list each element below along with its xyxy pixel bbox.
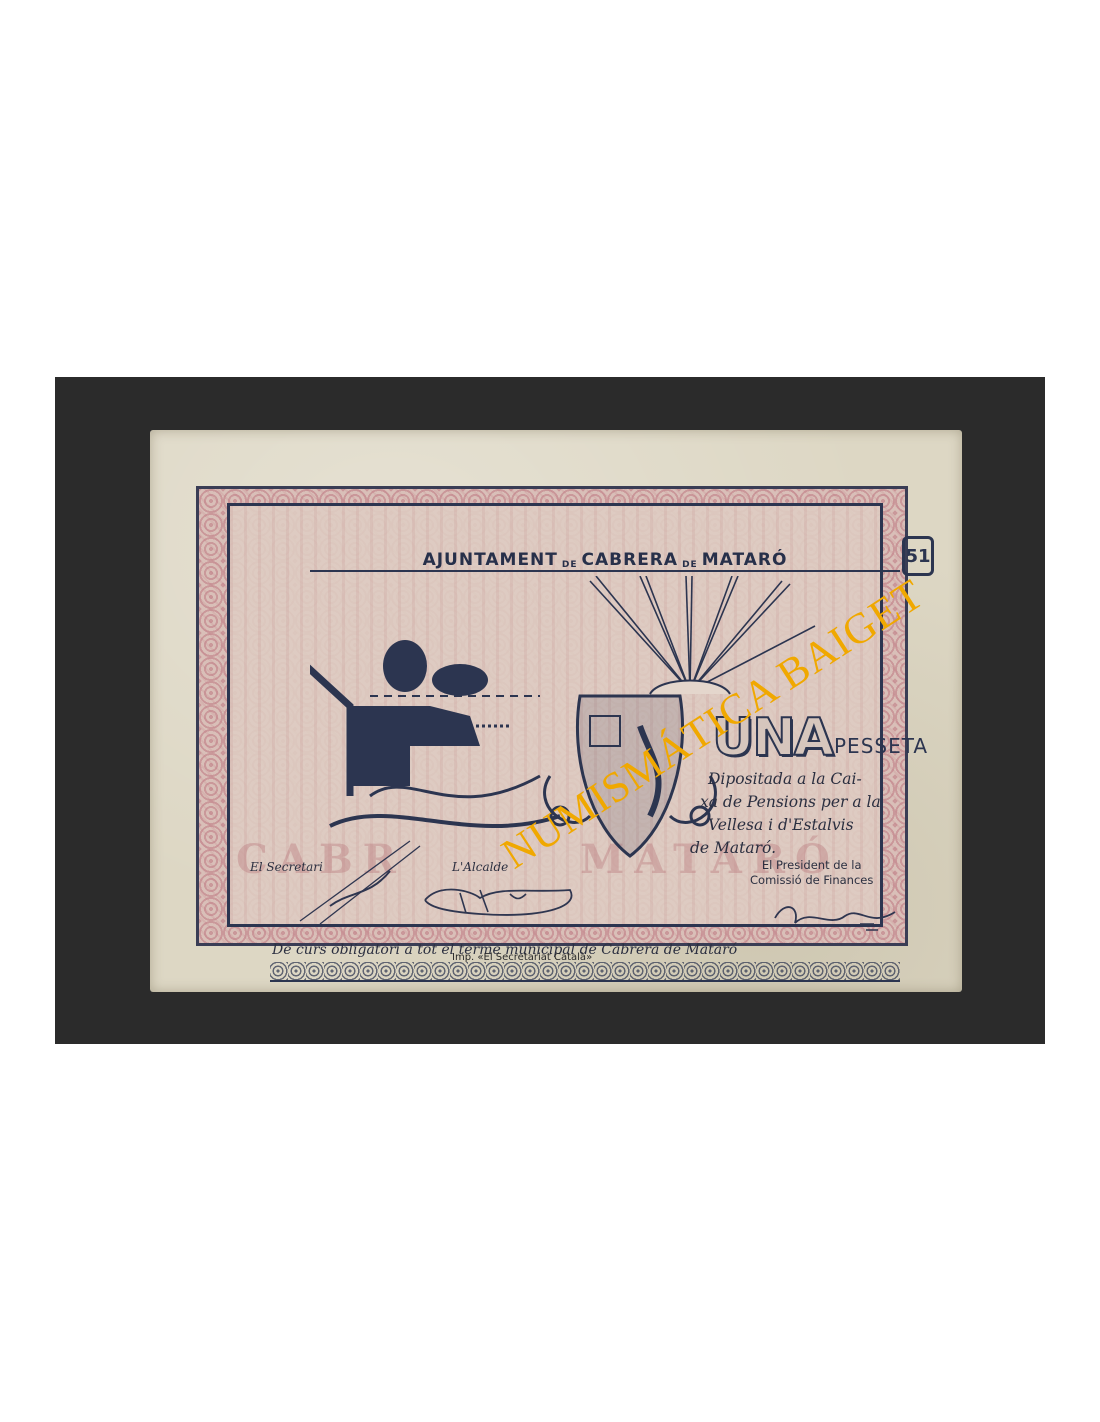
deposit-line: de Mataró. <box>690 837 938 860</box>
issuer-city: MATARÓ <box>702 550 788 570</box>
deposit-text: Dipositada a la Cai- xa de Pensions per … <box>708 768 938 860</box>
president-signature <box>770 898 900 938</box>
president-label-line2: Comissió de Finances <box>750 873 873 888</box>
printer-imprint: Imp. «El Secretariat Català» <box>452 952 592 963</box>
president-label-line1: El President de la <box>750 858 873 873</box>
deposit-line: xa de Pensions per a la <box>700 791 938 814</box>
deposit-line: Dipositada a la Cai- <box>708 768 938 791</box>
guilloche-border: CABR MATARÓ <box>196 486 908 946</box>
mayor-label: L'Alcalde <box>452 860 508 874</box>
issuer-title: AJUNTAMENT DE CABRERA DE MATARÓ <box>310 540 900 572</box>
denomination-unit: PESSETA <box>834 734 928 758</box>
issuer-de-2: DE <box>682 560 698 570</box>
banknote: CABR MATARÓ <box>150 430 962 992</box>
issuer-de-1: DE <box>562 560 578 570</box>
bottom-ornament <box>270 962 900 982</box>
president-label: El President de la Comissió de Finances <box>750 858 873 888</box>
issuer-town: CABRERA <box>582 550 679 570</box>
secretary-signature <box>290 836 430 926</box>
deposit-line: Vellesa i d'Estalvis <box>708 814 938 837</box>
issuer-prefix: AJUNTAMENT <box>423 550 558 570</box>
inner-frame: CABR MATARÓ <box>227 503 883 927</box>
mayor-signature <box>420 878 580 922</box>
